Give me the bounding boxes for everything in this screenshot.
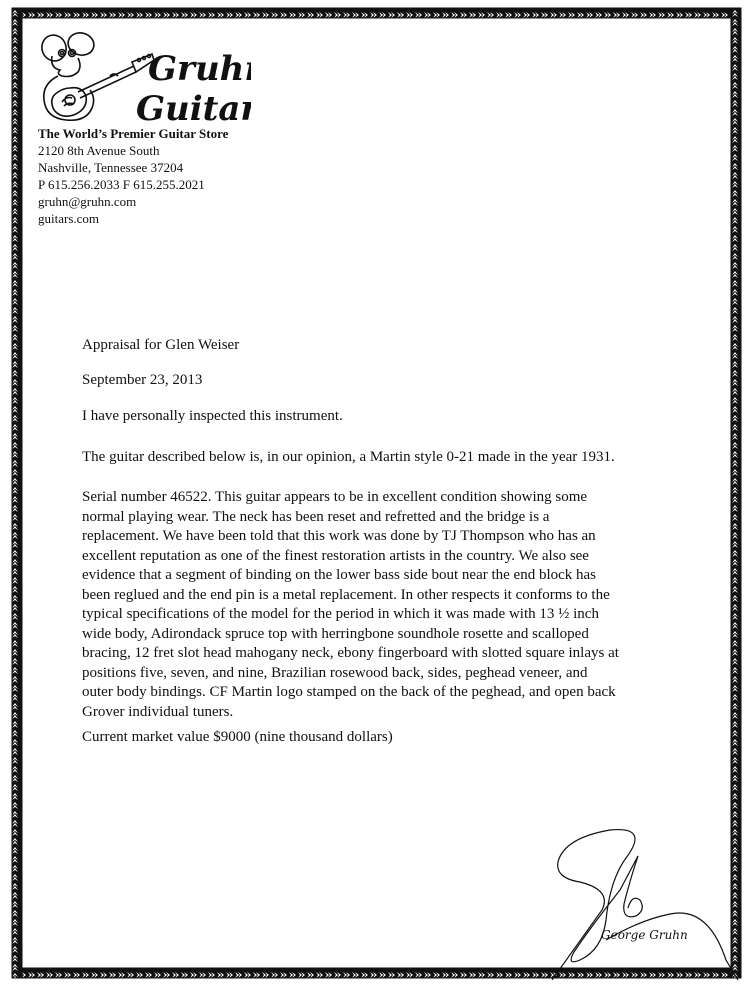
phone-fax: P 615.256.2033 F 615.255.2021	[38, 177, 205, 193]
guitar-description: Serial number 46522. This guitar appears…	[82, 488, 682, 722]
website-link[interactable]: guitars.com	[38, 211, 99, 227]
description-line: Grover individual tuners.	[82, 703, 682, 723]
market-value: Current market value $9000 (nine thousan…	[82, 729, 393, 746]
description-line: normal playing wear. The neck has been r…	[82, 508, 682, 528]
description-line: bracing, 12 fret slot head mahogany neck…	[82, 644, 682, 664]
description-line: replacement. We have been told that this…	[82, 527, 682, 547]
appraisal-letter-page: Gruhn Guitars The World’s Premier Guitar…	[0, 0, 750, 993]
recipient-line: Appraisal for Glen Weiser	[82, 337, 239, 354]
description-line: been reglued and the end pin is a metal …	[82, 586, 682, 606]
handwritten-signature-icon	[540, 820, 740, 980]
bug-playing-guitar-icon: Gruhn Guitars	[36, 32, 251, 124]
email-link[interactable]: gruhn@gruhn.com	[38, 194, 136, 210]
description-line: Serial number 46522. This guitar appears…	[82, 488, 682, 508]
description-line: wide body, Adirondack spruce top with he…	[82, 625, 682, 645]
letter-date: September 23, 2013	[82, 372, 202, 389]
description-line: outer body bindings. CF Martin logo stam…	[82, 683, 682, 703]
svg-text:Gruhn: Gruhn	[148, 49, 251, 89]
description-line: positions five, seven, and nine, Brazili…	[82, 664, 682, 684]
street-address: 2120 8th Avenue South	[38, 143, 159, 159]
description-line: evidence that a segment of binding on th…	[82, 566, 682, 586]
description-line: excellent reputation as one of the fines…	[82, 547, 682, 567]
appraisal-opinion: The guitar described below is, in our op…	[82, 449, 615, 466]
store-tagline: The World’s Premier Guitar Store	[38, 126, 228, 142]
signatory-name: George Gruhn	[601, 928, 688, 942]
city-state-zip: Nashville, Tennessee 37204	[38, 160, 183, 176]
inspection-statement: I have personally inspected this instrum…	[82, 408, 343, 425]
description-line: typical specifications of the model for …	[82, 605, 682, 625]
svg-text:Guitars: Guitars	[136, 89, 251, 124]
